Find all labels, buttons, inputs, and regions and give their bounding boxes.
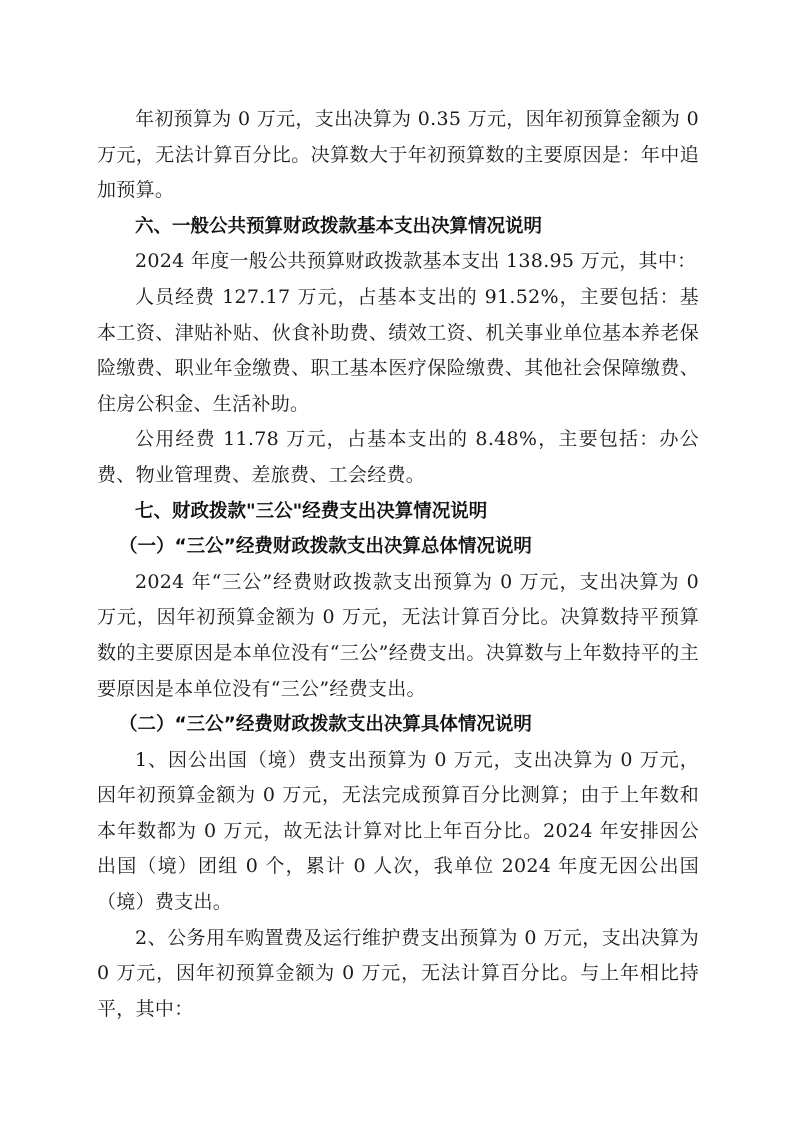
heading-section-6: 六、一般公共预算财政拨款基本支出决算情况说明 <box>97 209 699 245</box>
paragraph-overseas-travel: 1、因公出国（境）费支出预算为 0 万元，支出决算为 0 万元，因年初预算金额为… <box>97 743 699 921</box>
heading-section-7: 七、财政拨款"三公"经费支出决算情况说明 <box>97 494 699 530</box>
paragraph-three-public-overall: 2024 年“三公”经费财政拨款支出预算为 0 万元，支出决算为 0 万元，因年… <box>97 565 699 707</box>
paragraph-official-vehicles: 2、公务用车购置费及运行维护费支出预算为 0 万元，支出决算为 0 万元，因年初… <box>97 921 699 1028</box>
paragraph-public-expenses: 公用经费 11.78 万元，占基本支出的 8.48%，主要包括：办公费、物业管理… <box>97 422 699 493</box>
paragraph-personnel-expenses: 人员经费 127.17 万元，占基本支出的 91.52%，主要包括：基本工资、津… <box>97 280 699 422</box>
subheading-details: （二）“三公”经费财政拨款支出决算具体情况说明 <box>97 707 699 743</box>
subheading-overall: （一）“三公”经费财政拨款支出决算总体情况说明 <box>97 529 699 565</box>
document-page: 年初预算为 0 万元，支出决算为 0.35 万元，因年初预算金额为 0 万元，无… <box>97 102 699 1027</box>
paragraph-basic-expenditure: 2024 年度一般公共预算财政拨款基本支出 138.95 万元，其中： <box>97 244 699 280</box>
paragraph-budget-note: 年初预算为 0 万元，支出决算为 0.35 万元，因年初预算金额为 0 万元，无… <box>97 102 699 209</box>
